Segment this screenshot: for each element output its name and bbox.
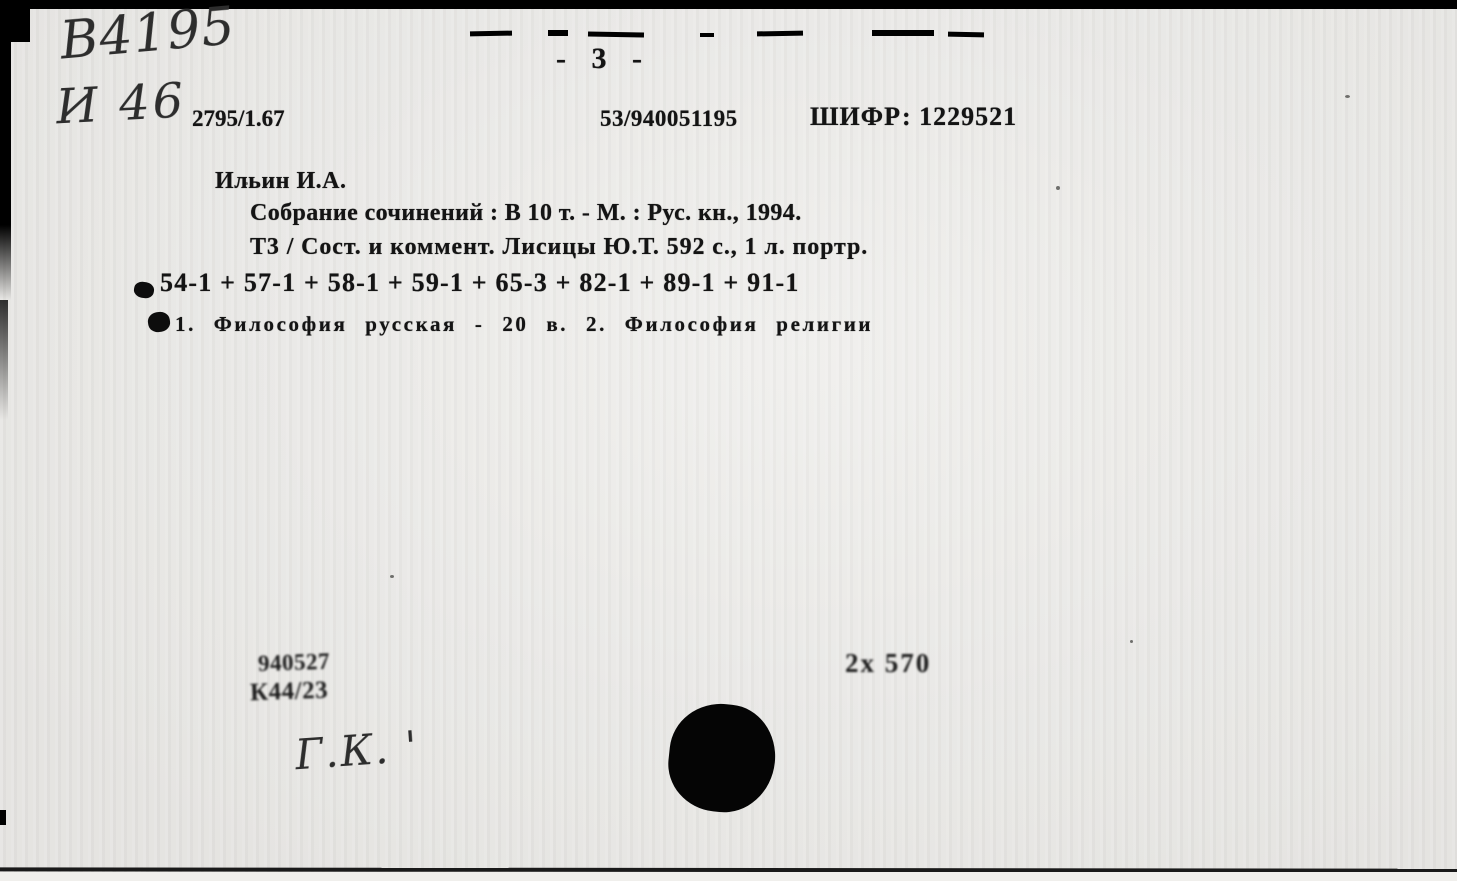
entry-subjects: 1. Философия русская - 20 в. 2. Философи… [175,312,873,337]
scan-edge-left [0,0,11,300]
cipher-label: ШИФР: 1229521 [810,102,1017,132]
handwritten-initials: Г.К. ' [293,722,420,780]
scan-artifact-dash [548,30,568,36]
entry-volume: Т3 / Сост. и коммент. Лисицы Ю.Т. 592 с.… [250,234,868,261]
entry-title: Собрание сочинений : В 10 т. - М. : Рус.… [250,200,802,227]
scan-artifact-dash [588,32,644,38]
scan-edge-tick [0,810,6,825]
scan-artifact-dash [470,31,512,37]
copies-price-stamp: 2х 570 [845,648,931,679]
scan-background-strip [0,872,1457,881]
scan-edge-left-fade [0,300,8,420]
page-number: - 3 - [556,42,651,76]
entry-author: Ильин И.А. [215,168,346,195]
scan-speck [1130,640,1133,643]
handwritten-call-number-line2: И 46 [55,73,188,136]
fund-code-stamp: К44/23 [250,677,329,708]
scan-artifact-dash [700,33,714,37]
scan-artifact-dash [948,32,984,38]
catalog-card-scan: В4195 И 46 - 3 - 2795/1.67 53/940051195 … [0,0,1457,881]
record-number: 53/940051195 [600,106,738,132]
scan-speck [1345,95,1350,98]
order-number: 2795/1.67 [192,106,285,132]
scan-speck [390,575,394,578]
entry-holdings: 54-1 + 57-1 + 58-1 + 59-1 + 65-3 + 82-1 … [160,268,800,298]
accession-number-stamp: 940527 [258,649,331,677]
scan-artifact-dash [872,30,934,36]
scan-speck [1056,186,1060,190]
scan-artifact-dash [757,31,803,37]
